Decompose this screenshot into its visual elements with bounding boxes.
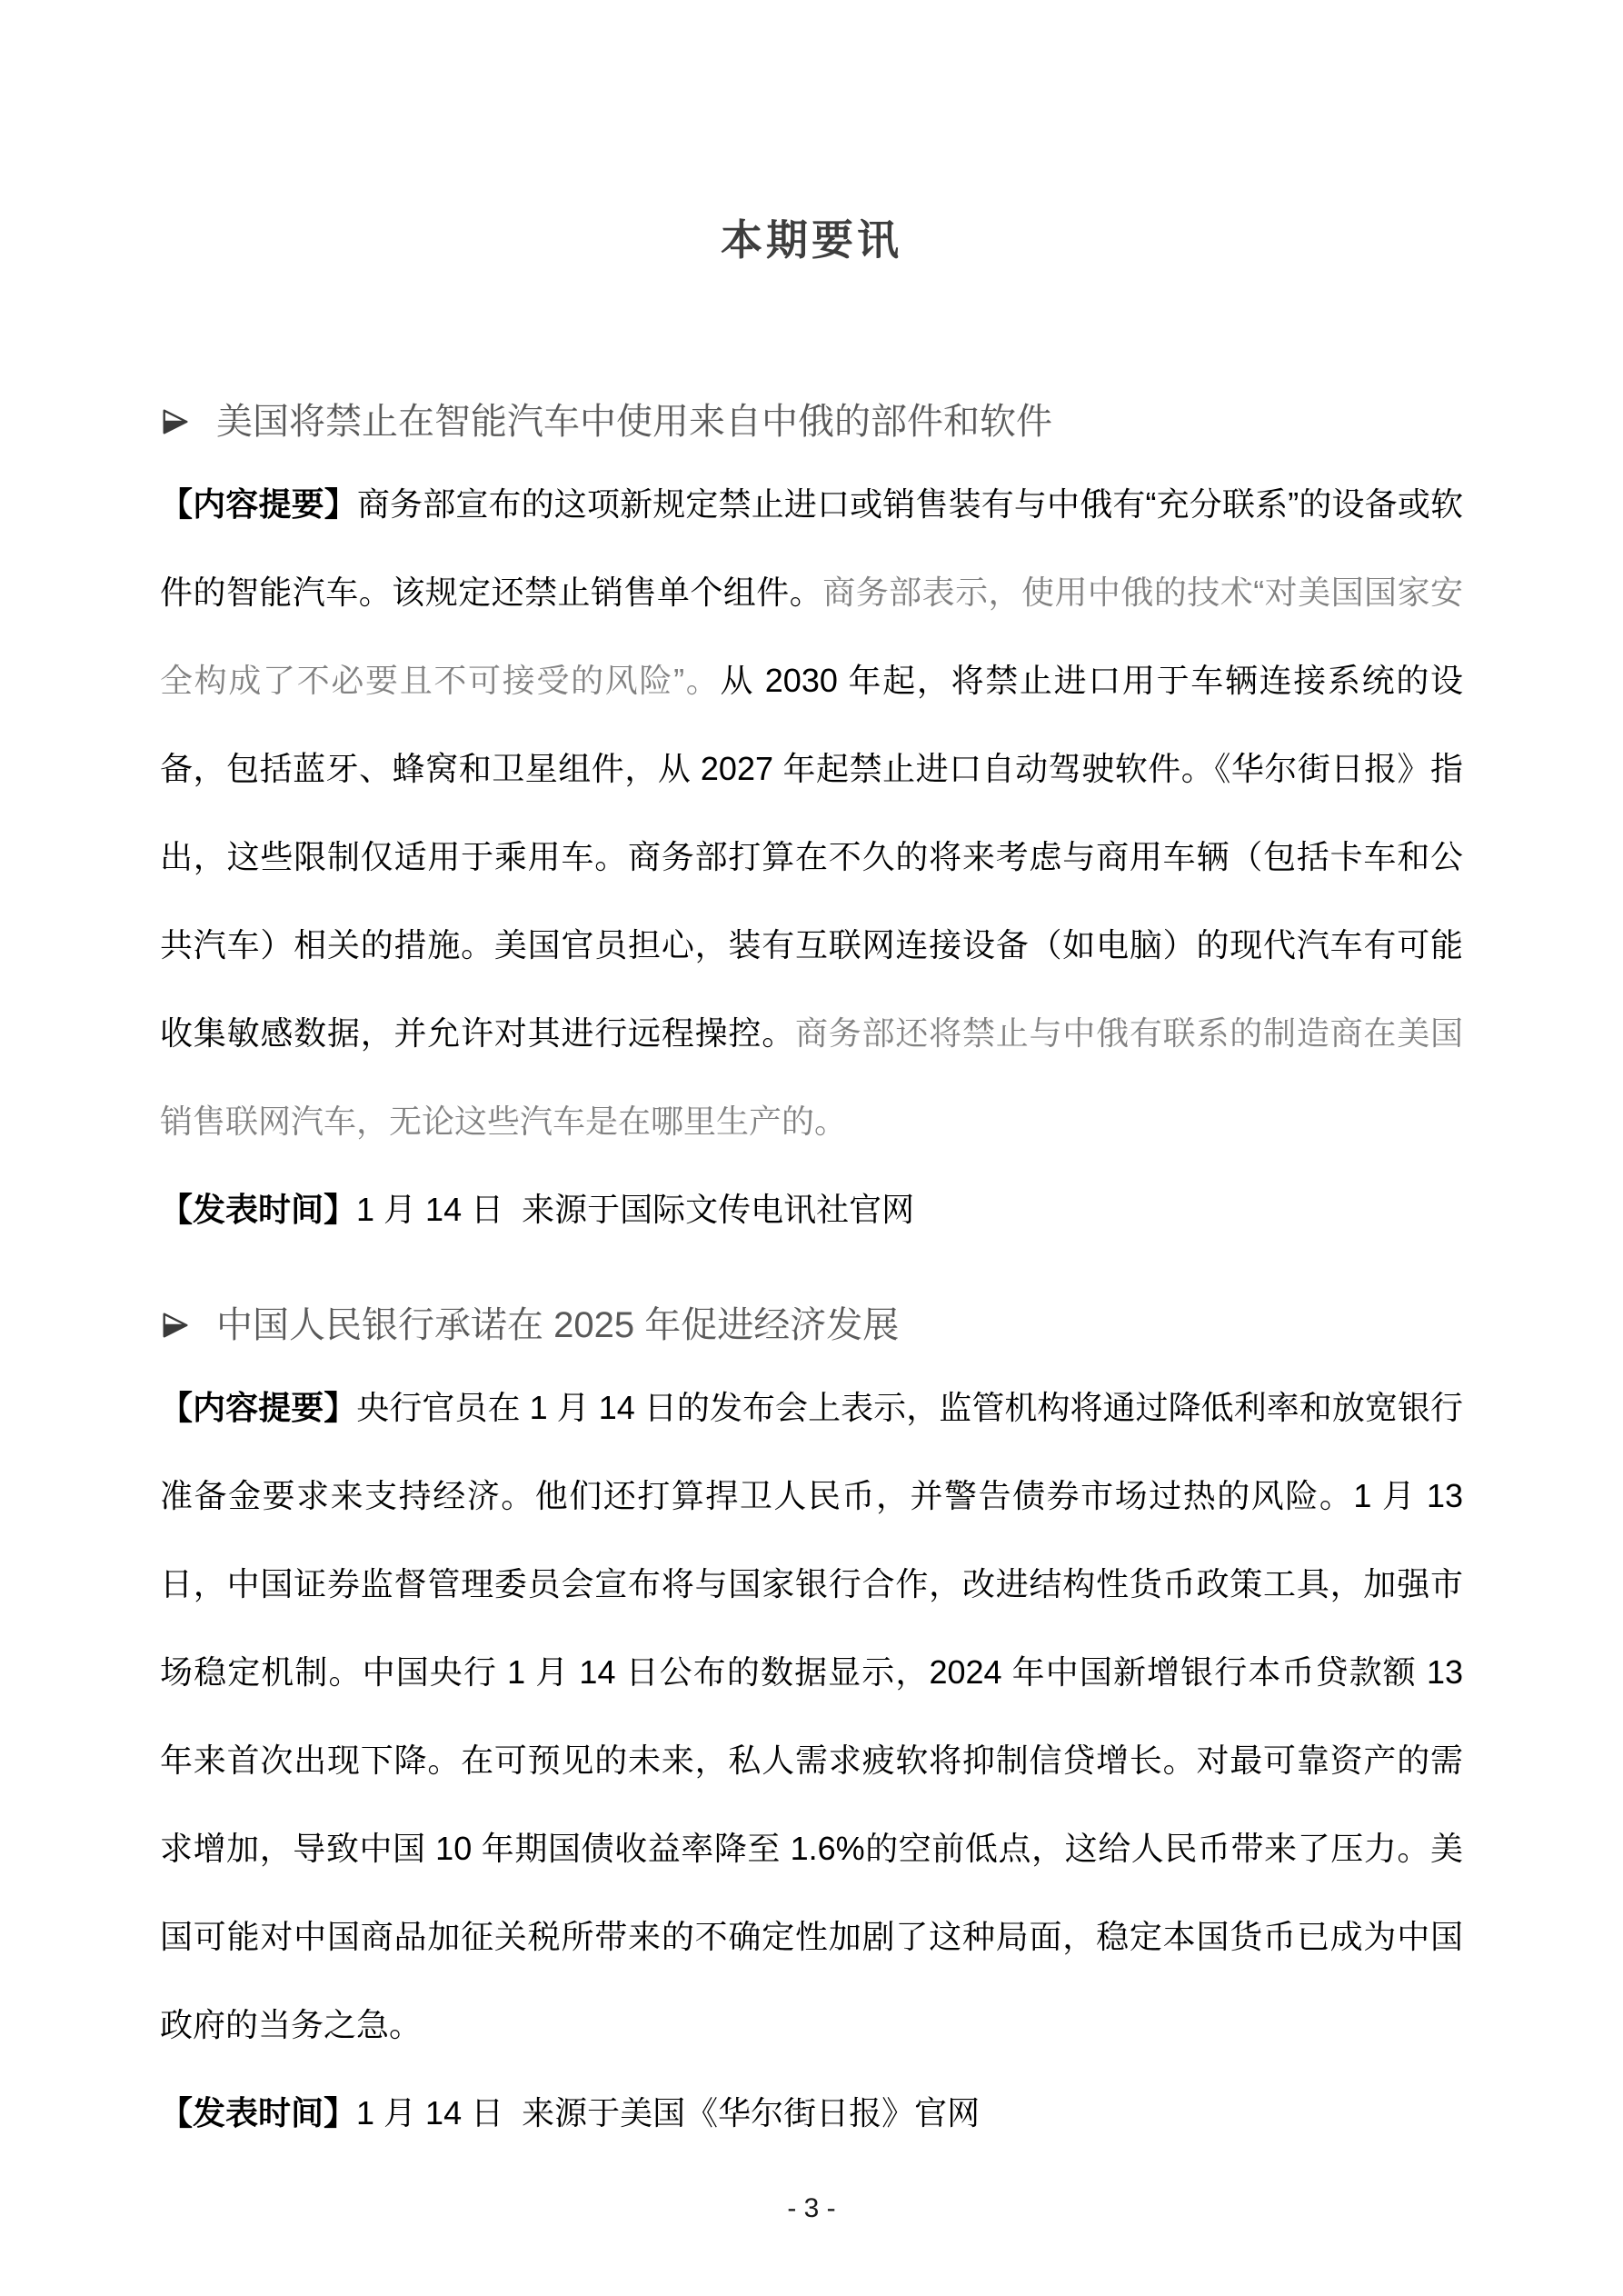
text-run: 【发表时间】	[160, 1191, 356, 1228]
published-line: 【发表时间】1 月 14 日 来源于美国《华尔街日报》官网	[160, 2069, 1463, 2157]
summary-paragraph: 【内容提要】央行官员在 1 月 14 日的发布会上表示，监管机构将通过降低利率和…	[160, 1363, 1463, 2069]
document-page: 本期要讯 美国将禁止在智能汽车中使用来自中俄的部件和软件 【内容提要】商务部宣布…	[0, 0, 1623, 2296]
text-run: 【内容提要】	[160, 485, 357, 523]
arrow-bullet-icon	[160, 1310, 191, 1341]
text-run: 1 月 14 日 来源于美国《华尔街日报》官网	[356, 2094, 980, 2131]
published-line: 【发表时间】1 月 14 日 来源于国际文传电讯社官网	[160, 1165, 1463, 1253]
page-number: - 3 -	[160, 2190, 1463, 2228]
text-run: 【内容提要】	[160, 1389, 356, 1426]
text-run: 1 月 14 日 来源于国际文传电讯社官网	[356, 1191, 914, 1228]
section-heading: 中国人民银行承诺在 2025 年促进经济发展	[160, 1300, 1463, 1351]
section-heading-text: 美国将禁止在智能汽车中使用来自中俄的部件和软件	[216, 396, 1052, 447]
section-heading-text: 中国人民银行承诺在 2025 年促进经济发展	[216, 1300, 899, 1351]
text-run: 央行官员在 1 月 14 日的发布会上表示，监管机构将通过降低利率和放宽银行准备…	[160, 1389, 1472, 2043]
summary-paragraph: 【内容提要】商务部宣布的这项新规定禁止进口或销售装有与中俄有“充分联系”的设备或…	[160, 460, 1463, 1165]
section-us-smart-car-ban: 美国将禁止在智能汽车中使用来自中俄的部件和软件 【内容提要】商务部宣布的这项新规…	[160, 396, 1463, 1253]
page-title: 本期要讯	[160, 0, 1463, 267]
arrow-bullet-icon	[160, 406, 191, 437]
text-run: 从 2030 年起，将禁止进口用于车辆连接系统的设备，包括蓝牙、蜂窝和卫星组件，…	[160, 662, 1463, 1052]
section-pboc-economy: 中国人民银行承诺在 2025 年促进经济发展 【内容提要】央行官员在 1 月 1…	[160, 1300, 1463, 2157]
section-heading: 美国将禁止在智能汽车中使用来自中俄的部件和软件	[160, 396, 1463, 447]
text-run: 【发表时间】	[160, 2094, 356, 2131]
